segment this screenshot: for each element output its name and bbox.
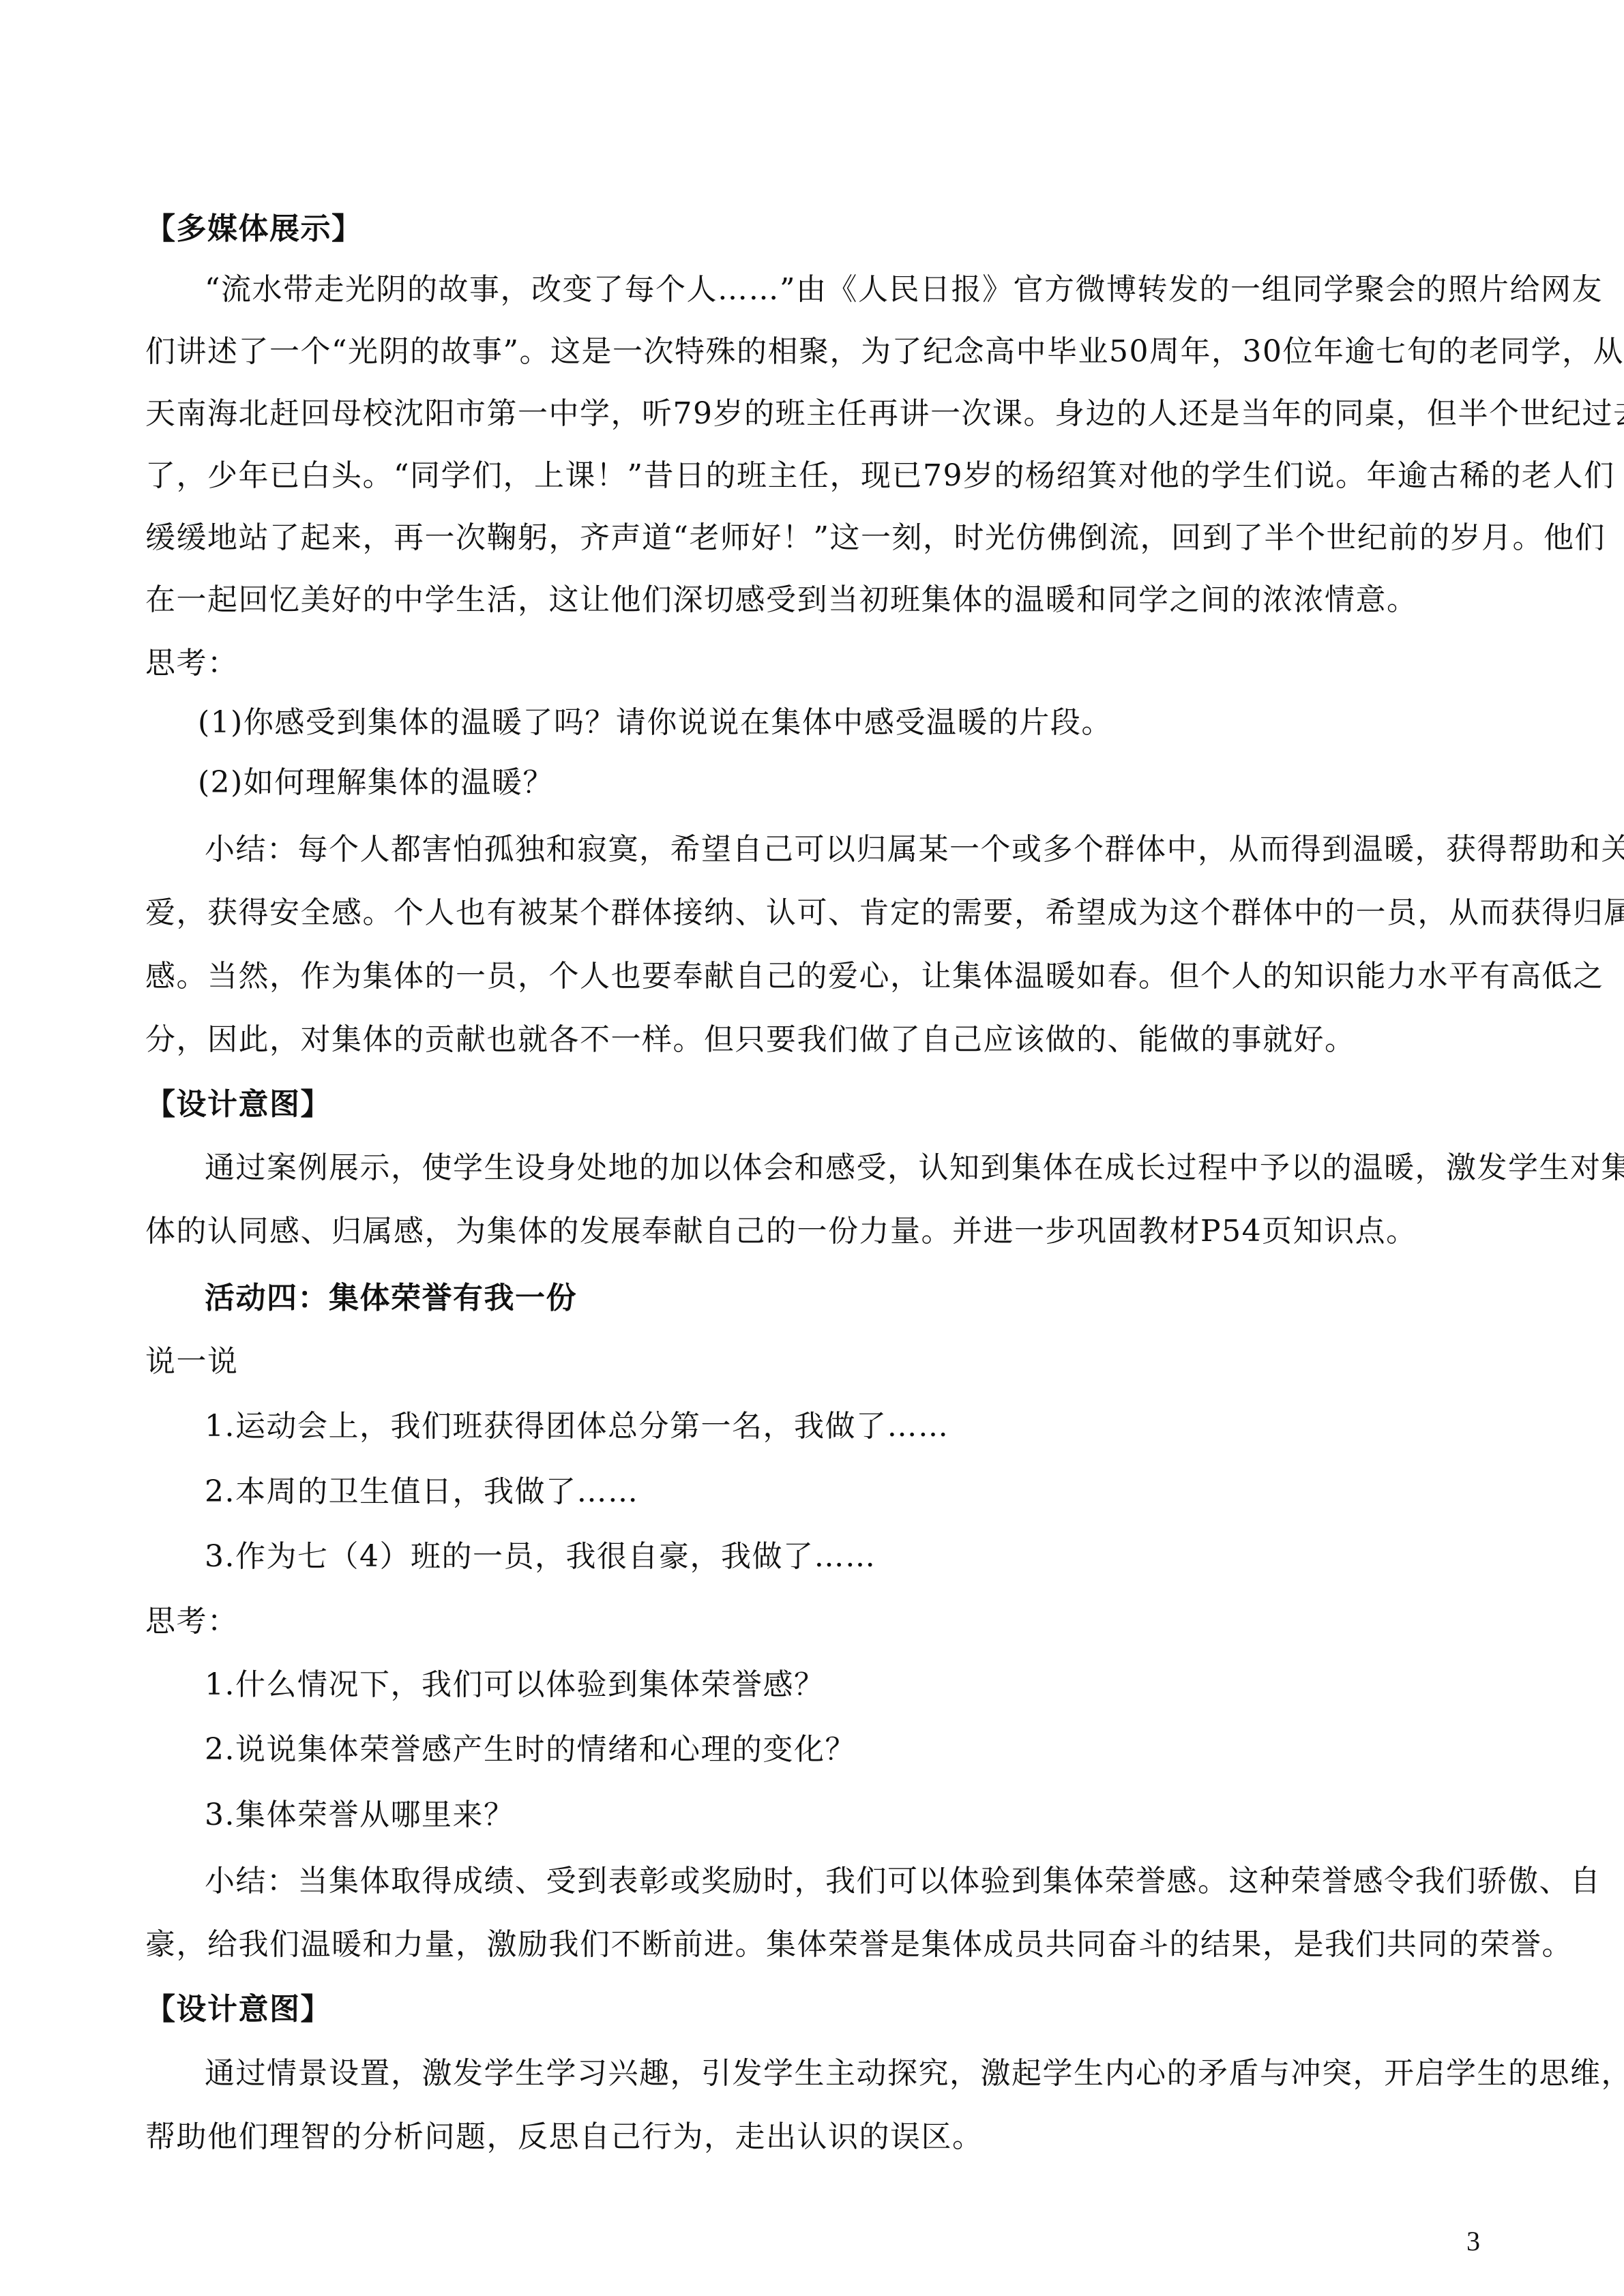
say-item: 1.运动会上，我们班获得团体总分第一名，我做了…… [205,1407,949,1446]
think-item: 2.说说集体荣誉感产生时的情绪和心理的变化？ [205,1731,856,1769]
paragraph-line: 们讲述了一个“光阴的故事”。这是一次特殊的相聚，为了纪念高中毕业50周年，30位… [145,333,1624,371]
paragraph-line: 通过情景设置，激发学生学习兴趣，引发学生主动探究，激起学生内心的矛盾与冲突，开启… [205,2055,1624,2093]
say-item: 2.本周的卫生值日，我做了…… [205,1473,638,1511]
think-label: 思考： [145,1602,239,1641]
question-item: (2)如何理解集体的温暖？ [198,764,554,802]
section-heading-design-intent: 【设计意图】 [145,1086,331,1124]
paragraph-line: 天南海北赶回母校沈阳市第一中学，听79岁的班主任再讲一次课。身边的人还是当年的同… [145,395,1624,433]
say-label: 说一说 [145,1343,239,1381]
say-item: 3.作为七（4）班的一员，我很自豪，我做了…… [205,1538,876,1576]
summary-line: 小结：当集体取得成绩、受到表彰或奖励时，我们可以体验到集体荣誉感。这种荣誉感令我… [205,1862,1601,1900]
page-number: 3 [1466,2224,1480,2258]
summary-line: 爱，获得安全感。个人也有被某个群体接纳、认可、肯定的需要，希望成为这个群体中的一… [145,894,1624,932]
paragraph-line: 在一起回忆美好的中学生活，这让他们深切感受到当初班集体的温暖和同学之间的浓浓情意… [145,581,1418,619]
question-item: (1)你感受到集体的温暖了吗？请你说说在集体中感受温暖的片段。 [198,704,1112,742]
activity-heading: 活动四：集体荣誉有我一份 [205,1279,577,1317]
section-heading-multimedia: 【多媒体展示】 [145,210,363,248]
section-heading-design-intent: 【设计意图】 [145,1991,331,2029]
summary-line: 感。当然，作为集体的一员，个人也要奉献自己的爱心，让集体温暖如春。但个人的知识能… [145,957,1604,996]
summary-line: 分，因此，对集体的贡献也就各不一样。但只要我们做了自己应该做的、能做的事就好。 [145,1021,1356,1059]
think-item: 3.集体荣誉从哪里来？ [205,1796,514,1834]
think-label: 思考： [145,644,239,683]
paragraph-line: 缓缓地站了起来，再一次鞠躬，齐声道“老师好！”这一刻，时光仿佛倒流，回到了半个世… [145,519,1606,557]
document-page: 【多媒体展示】 “流水带走光阴的故事，改变了每个人……”由《人民日报》官方微博转… [0,0,1624,2296]
paragraph-line: 了，少年已白头。“同学们，上课！”昔日的班主任，现已79岁的杨绍箕对他的学生们说… [145,457,1614,495]
think-item: 1.什么情况下，我们可以体验到集体荣誉感？ [205,1666,825,1704]
paragraph-line: 体的认同感、归属感，为集体的发展奉献自己的一份力量。并进一步巩固教材P54页知识… [145,1212,1417,1251]
summary-line: 小结：每个人都害怕孤独和寂寞，希望自己可以归属某一个或多个群体中，从而得到温暖，… [205,831,1624,869]
paragraph-line: 帮助他们理智的分析问题，反思自己行为，走出认识的误区。 [145,2118,984,2156]
paragraph-line: “流水带走光阴的故事，改变了每个人……”由《人民日报》官方微博转发的一组同学聚会… [205,271,1603,309]
summary-line: 豪，给我们温暖和力量，激励我们不断前进。集体荣誉是集体成员共同奋斗的结果，是我们… [145,1926,1573,1964]
paragraph-line: 通过案例展示，使学生设身处地的加以体会和感受，认知到集体在成长过程中予以的温暖，… [205,1149,1624,1187]
